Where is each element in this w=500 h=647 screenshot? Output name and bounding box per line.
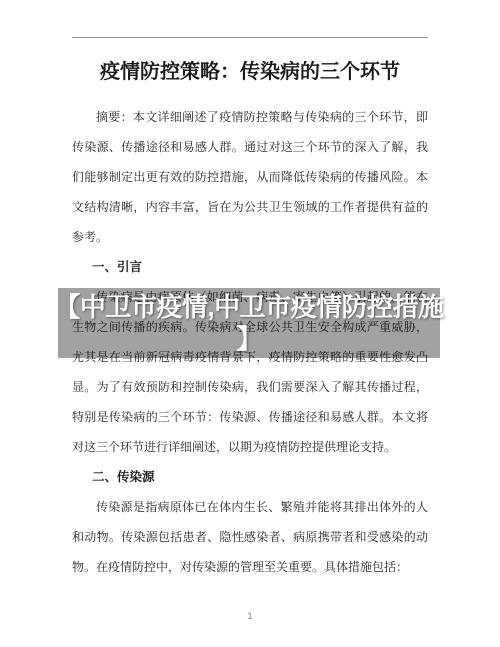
keyword-overlay-text-line2: 】	[236, 323, 262, 355]
document-page: 疫情防控策略：传染病的三个环节 摘要：本文详细阐述了疫情防控策略与传染病的三个环…	[0, 0, 500, 647]
abstract-paragraph: 摘要：本文详细阐述了疫情防控策略与传染病的三个环节，即传染源、传播途径和易感人群…	[72, 102, 428, 252]
keyword-overlay-text-line1: 【中卫市疫情,中卫市疫情防控措施	[54, 291, 443, 323]
document-title: 疫情防控策略：传染病的三个环节	[40, 58, 460, 86]
page-number: 1	[0, 611, 500, 621]
infection-source-paragraph: 传染源是指病原体已在体内生长、繁殖并能将其排出体外的人和动物。传染源包括患者、隐…	[72, 492, 428, 582]
section-heading-introduction: 一、引言	[72, 252, 428, 282]
header-divider	[72, 37, 428, 38]
section-heading-infection-source: 二、传染源	[72, 462, 428, 492]
keyword-overlay-banner[interactable]: 【中卫市疫情,中卫市疫情防控措施 】	[58, 288, 440, 358]
